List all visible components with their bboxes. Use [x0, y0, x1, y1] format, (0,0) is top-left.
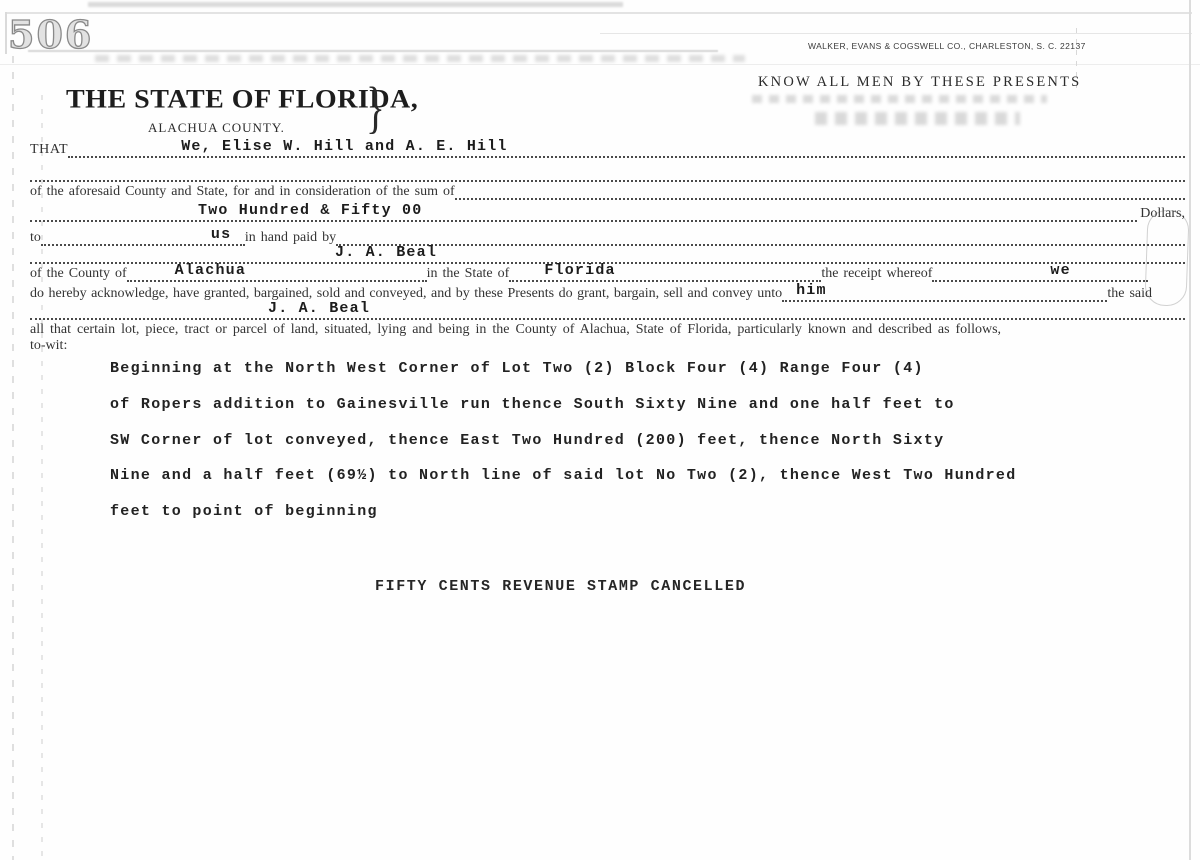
dotted-line: J. A. Beal — [30, 244, 1185, 264]
form-row-amount: Two Hundred & Fifty 00 Dollars, — [30, 202, 1185, 222]
to-value: us — [211, 226, 231, 243]
legal-description-line: of Ropers addition to Gainesville run th… — [110, 396, 1017, 432]
form-row-paid-by: to us in hand paid by — [30, 226, 1185, 246]
dotted-line — [336, 226, 1185, 246]
scan-artifact-top-line — [5, 12, 1192, 14]
unto-value: him — [796, 282, 827, 299]
scan-artifact-right-edge — [1189, 0, 1191, 860]
scan-artifact-line — [28, 50, 718, 52]
county-heading: ALACHUA COUNTY. — [148, 120, 285, 136]
form-row-consideration: of the aforesaid County and State, for a… — [30, 180, 1185, 200]
dotted-line: We, Elise W. Hill and A. E. Hill — [68, 138, 1185, 158]
scan-artifact-left-box-line — [5, 12, 7, 54]
page-number: 506 — [8, 12, 93, 57]
scan-artifact-ghost-text — [752, 95, 1047, 103]
scan-artifact-top-streak — [88, 2, 623, 7]
dotted-line — [30, 162, 1185, 182]
scan-artifact-smudge — [95, 55, 745, 62]
dotted-line: us — [41, 226, 245, 246]
dotted-line: J. A. Beal — [30, 300, 1185, 320]
receipt-value: we — [1050, 262, 1070, 279]
know-all-men-heading: KNOW ALL MEN BY THESE PRESENTS — [758, 74, 1081, 91]
legal-description: Beginning at the North West Corner of Lo… — [110, 360, 1017, 539]
scan-artifact-left-edge — [12, 40, 14, 860]
county-of-label: of the County of — [30, 267, 127, 282]
legal-description-line: SW Corner of lot conveyed, thence East T… — [110, 432, 1017, 468]
scan-artifact-line — [600, 33, 1192, 34]
grantee-name-value: J. A. Beal — [268, 300, 370, 317]
form-row-payer: J. A. Beal — [30, 244, 1185, 264]
to-wit-label: to-wit: — [30, 338, 67, 354]
receipt-label: the receipt whereof — [821, 267, 932, 282]
printer-imprint: WALKER, EVANS & COGSWELL CO., CHARLESTON… — [808, 41, 1148, 51]
that-label: THAT — [30, 143, 68, 158]
form-row-blank — [30, 162, 1185, 182]
dotted-line: Florida — [509, 262, 821, 282]
legal-description-line: Nine and a half feet (69½) to North line… — [110, 467, 1017, 503]
dollars-label: Dollars, — [1137, 207, 1185, 222]
scanned-deed-page: 506 WALKER, EVANS & COGSWELL CO., CHARLE… — [0, 0, 1200, 860]
grantor-names-value: We, Elise W. Hill and A. E. Hill — [181, 138, 507, 155]
dotted-line: we — [932, 262, 1148, 282]
form-row-county-state: of the County of Alachua in the State of… — [30, 262, 1148, 282]
description-intro: all that certain lot, piece, tract or pa… — [30, 322, 1001, 338]
consideration-amount-value: Two Hundred & Fifty 00 — [198, 202, 422, 219]
dotted-line: Two Hundred & Fifty 00 — [30, 202, 1137, 222]
form-row-grantee: J. A. Beal — [30, 300, 1185, 320]
state-of-label: in the State of — [427, 267, 510, 282]
legal-description-line: feet to point of beginning — [110, 503, 1017, 539]
consideration-label: of the aforesaid County and State, for a… — [30, 185, 455, 200]
payer-name-value: J. A. Beal — [335, 244, 437, 261]
dotted-line: Alachua — [127, 262, 427, 282]
county-value: Alachua — [175, 262, 246, 279]
state-value: Florida — [544, 262, 615, 279]
dotted-line — [455, 180, 1185, 200]
scan-artifact-line — [0, 64, 1200, 65]
legal-description-line: Beginning at the North West Corner of Lo… — [110, 360, 1017, 396]
form-row-that: THAT We, Elise W. Hill and A. E. Hill — [30, 138, 1185, 158]
revenue-stamp-note: FIFTY CENTS REVENUE STAMP CANCELLED — [375, 578, 746, 595]
scan-artifact-ghost-stamp — [815, 112, 1020, 125]
title-brace: } — [366, 75, 385, 140]
